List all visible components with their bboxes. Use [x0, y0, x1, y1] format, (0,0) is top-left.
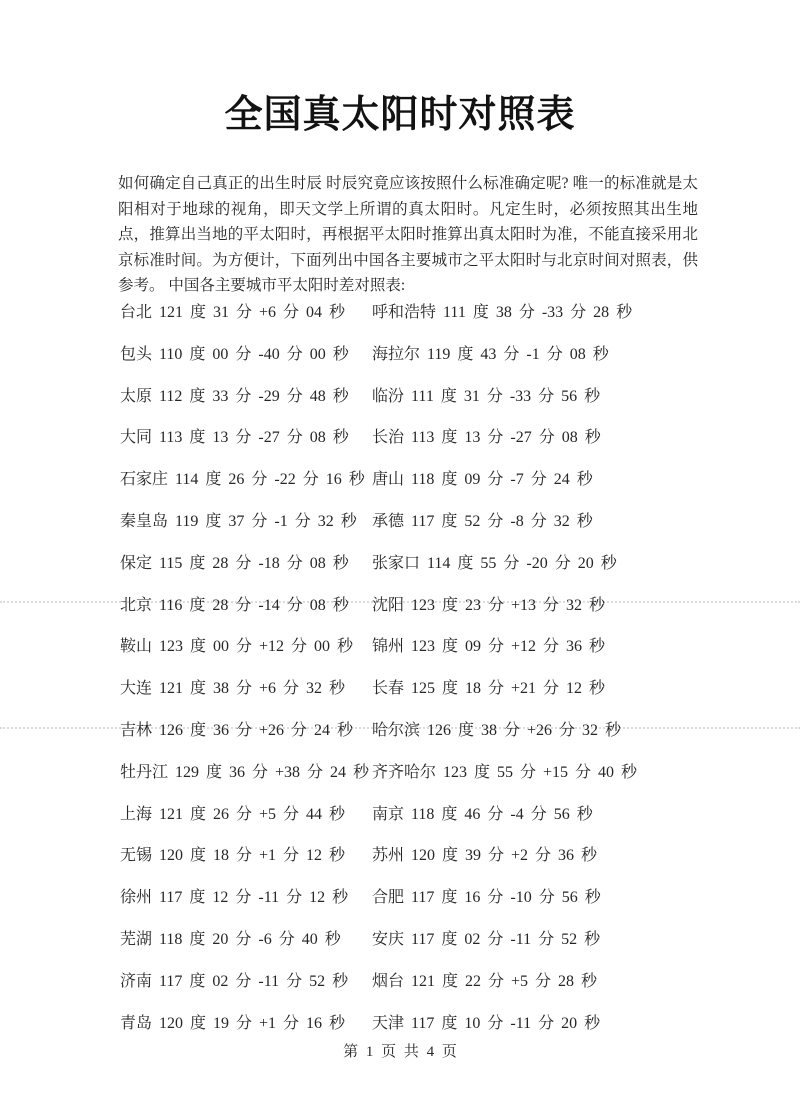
table-row: 鞍山 123 度 00 分 +12 分 00 秒锦州 123 度 09 分 +1…: [0, 630, 800, 672]
table-row: 徐州 117 度 12 分 -11 分 12 秒合肥 117 度 16 分 -1…: [0, 881, 800, 923]
city-entry-left: 济南 117 度 02 分 -11 分 52 秒: [120, 972, 348, 992]
city-entry-left: 大同 113 度 13 分 -27 分 08 秒: [120, 428, 349, 448]
city-entry-right: 哈尔滨 126 度 38 分 +26 分 32 秒: [372, 721, 621, 741]
table-row: 无锡 120 度 18 分 +1 分 12 秒苏州 120 度 39 分 +2 …: [0, 839, 800, 881]
city-entry-right: 张家口 114 度 55 分 -20 分 20 秒: [372, 554, 617, 574]
city-entry-right: 呼和浩特 111 度 38 分 -33 分 28 秒: [372, 303, 632, 323]
city-entry-left: 吉林 126 度 36 分 +26 分 24 秒: [120, 721, 353, 741]
city-time-table: 台北 121 度 31 分 +6 分 04 秒呼和浩特 111 度 38 分 -…: [0, 296, 800, 1048]
city-entry-right: 烟台 121 度 22 分 +5 分 28 秒: [372, 972, 597, 992]
table-row: 包头 110 度 00 分 -40 分 00 秒海拉尔 119 度 43 分 -…: [0, 338, 800, 380]
city-entry-left: 青岛 120 度 19 分 +1 分 16 秒: [120, 1014, 345, 1034]
city-entry-right: 长春 125 度 18 分 +21 分 12 秒: [372, 679, 605, 699]
table-row: 台北 121 度 31 分 +6 分 04 秒呼和浩特 111 度 38 分 -…: [0, 296, 800, 338]
city-entry-right: 沈阳 123 度 23 分 +13 分 32 秒: [372, 596, 605, 616]
city-entry-left: 无锡 120 度 18 分 +1 分 12 秒: [120, 846, 345, 866]
city-entry-left: 芜湖 118 度 20 分 -6 分 40 秒: [120, 930, 341, 950]
city-entry-right: 天津 117 度 10 分 -11 分 20 秒: [372, 1014, 600, 1034]
city-entry-right: 锦州 123 度 09 分 +12 分 36 秒: [372, 637, 605, 657]
table-row: 济南 117 度 02 分 -11 分 52 秒烟台 121 度 22 分 +5…: [0, 965, 800, 1007]
city-entry-right: 安庆 117 度 02 分 -11 分 52 秒: [372, 930, 600, 950]
table-row: 北京 116 度 28 分 -14 分 08 秒沈阳 123 度 23 分 +1…: [0, 589, 800, 631]
table-row: 石家庄 114 度 26 分 -22 分 16 秒唐山 118 度 09 分 -…: [0, 463, 800, 505]
city-entry-left: 上海 121 度 26 分 +5 分 44 秒: [120, 805, 345, 825]
city-entry-right: 苏州 120 度 39 分 +2 分 36 秒: [372, 846, 597, 866]
table-row: 牡丹江 129 度 36 分 +38 分 24 秒齐齐哈尔 123 度 55 分…: [0, 756, 800, 798]
table-row: 太原 112 度 33 分 -29 分 48 秒临汾 111 度 31 分 -3…: [0, 380, 800, 422]
city-entry-left: 包头 110 度 00 分 -40 分 00 秒: [120, 345, 349, 365]
table-row: 秦皇岛 119 度 37 分 -1 分 32 秒承德 117 度 52 分 -8…: [0, 505, 800, 547]
table-row: 吉林 126 度 36 分 +26 分 24 秒哈尔滨 126 度 38 分 +…: [0, 714, 800, 756]
city-entry-left: 徐州 117 度 12 分 -11 分 12 秒: [120, 888, 348, 908]
city-entry-left: 石家庄 114 度 26 分 -22 分 16 秒: [120, 470, 365, 490]
intro-paragraph: 如何确定自己真正的出生时辰 时辰究竟应该按照什么标准确定呢? 唯一的标准就是太阳…: [118, 171, 698, 299]
city-entry-right: 海拉尔 119 度 43 分 -1 分 08 秒: [372, 345, 609, 365]
city-entry-left: 台北 121 度 31 分 +6 分 04 秒: [120, 303, 345, 323]
city-entry-left: 秦皇岛 119 度 37 分 -1 分 32 秒: [120, 512, 357, 532]
table-row: 保定 115 度 28 分 -18 分 08 秒张家口 114 度 55 分 -…: [0, 547, 800, 589]
city-entry-right: 合肥 117 度 16 分 -10 分 56 秒: [372, 888, 601, 908]
document-page: 全国真太阳时对照表 如何确定自己真正的出生时辰 时辰究竟应该按照什么标准确定呢?…: [0, 0, 800, 1120]
city-entry-right: 唐山 118 度 09 分 -7 分 24 秒: [372, 470, 593, 490]
city-entry-right: 齐齐哈尔 123 度 55 分 +15 分 40 秒: [372, 763, 637, 783]
city-entry-right: 承德 117 度 52 分 -8 分 32 秒: [372, 512, 593, 532]
city-entry-left: 保定 115 度 28 分 -18 分 08 秒: [120, 554, 349, 574]
city-entry-left: 牡丹江 129 度 36 分 +38 分 24 秒: [120, 763, 369, 783]
table-row: 上海 121 度 26 分 +5 分 44 秒南京 118 度 46 分 -4 …: [0, 798, 800, 840]
table-row: 芜湖 118 度 20 分 -6 分 40 秒安庆 117 度 02 分 -11…: [0, 923, 800, 965]
city-entry-left: 北京 116 度 28 分 -14 分 08 秒: [120, 596, 349, 616]
table-row: 大同 113 度 13 分 -27 分 08 秒长治 113 度 13 分 -2…: [0, 421, 800, 463]
page-title: 全国真太阳时对照表: [0, 92, 800, 138]
city-entry-right: 临汾 111 度 31 分 -33 分 56 秒: [372, 387, 600, 407]
city-entry-left: 太原 112 度 33 分 -29 分 48 秒: [120, 387, 349, 407]
city-entry-left: 大连 121 度 38 分 +6 分 32 秒: [120, 679, 345, 699]
table-row: 大连 121 度 38 分 +6 分 32 秒长春 125 度 18 分 +21…: [0, 672, 800, 714]
page-number: 第 1 页 共 4 页: [0, 1040, 800, 1061]
city-entry-right: 长治 113 度 13 分 -27 分 08 秒: [372, 428, 601, 448]
city-entry-right: 南京 118 度 46 分 -4 分 56 秒: [372, 805, 593, 825]
city-entry-left: 鞍山 123 度 00 分 +12 分 00 秒: [120, 637, 353, 657]
